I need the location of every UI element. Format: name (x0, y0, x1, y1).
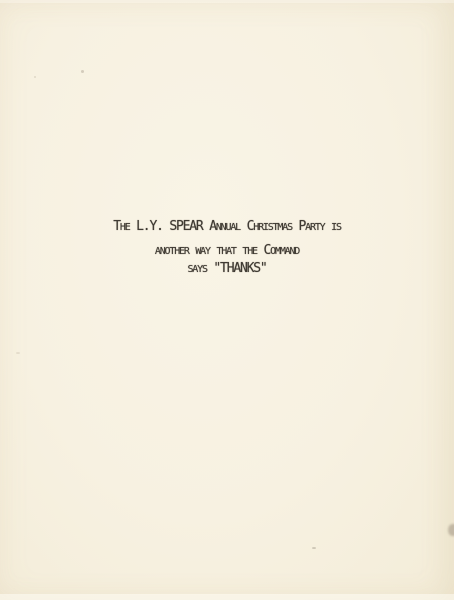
card-message: THE L.Y. SPEAR ANNUAL CHRISTMAS PARTY IS… (0, 0, 454, 600)
message-line-2: ANOTHER WAY THAT THE COMMAND (0, 243, 454, 258)
scan-edge-bottom (0, 594, 454, 600)
scanned-card-page: THE L.Y. SPEAR ANNUAL CHRISTMAS PARTY IS… (0, 0, 454, 600)
message-line-3: SAYS "THANKS" (0, 261, 454, 276)
paper-smudge (448, 524, 454, 536)
message-line-1: THE L.Y. SPEAR ANNUAL CHRISTMAS PARTY IS (0, 219, 454, 234)
